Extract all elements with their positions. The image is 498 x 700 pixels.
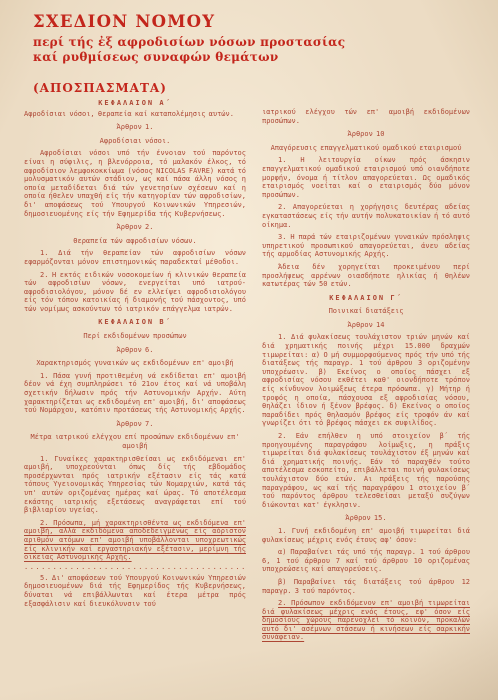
section-heading: Αφροδίσιαι νόσοι. xyxy=(24,137,246,146)
paragraph: 1. Διά φυλακίσεως τουλάχιστον τριών μηνώ… xyxy=(262,333,470,428)
paragraph: 1. Η λειτουργία οίκων πρός άσκησιν επαγγ… xyxy=(262,156,470,199)
paragraph: α) Παραβαίνει τάς υπό τής παραγρ. 1 τού … xyxy=(262,548,470,574)
column-right: ιατρικού ελέγχου τών επ' αμοιβή εκδιδομέ… xyxy=(262,108,470,642)
section-heading: Άρθρον 1. xyxy=(24,123,246,132)
underlined-paragraph: 2. Πρόσωπον εκδιδόμενον επ' αμοιβή τιμωρ… xyxy=(262,599,470,642)
document-page: ΣΧΕΔΙΟΝ ΝΟΜΟΥ περί τής ἐξ αφροδισίων νόσ… xyxy=(0,0,498,700)
section-heading: Άρθρον 14 xyxy=(262,321,470,330)
chapter-heading: ΚΕΦΑΛΑΙΟΝ Β΄ xyxy=(24,318,246,327)
dotted-separator: ........................................… xyxy=(24,564,246,570)
paragraph: ιατρικού ελέγχου τών επ' αμοιβή εκδιδομέ… xyxy=(262,108,470,125)
doc-subtitle-line1: περί τής ἐξ αφροδισίων νόσων προστασίας xyxy=(33,35,453,50)
header: ΣΧΕΔΙΟΝ ΝΟΜΟΥ περί τής ἐξ αφροδισίων νόσ… xyxy=(33,12,453,95)
underlined-paragraph: 2. Πρόσωπα, μή χαρακτηρισθέντα ως εκδιδό… xyxy=(24,519,246,562)
paragraph: Άδεια δέν χορηγείται προκειμένου περί πρ… xyxy=(262,263,470,289)
section-heading: Άρθρον 2. xyxy=(24,223,246,232)
section-heading: Χαρακτηρισμός γυναικών ως εκδιδομένων επ… xyxy=(24,359,246,368)
section-heading: Ποινικαί διατάξεις xyxy=(262,307,470,316)
doc-subtitle-line2: καί ρυθμίσεως συναφών θεμάτων xyxy=(33,50,453,65)
chapter-heading: ΚΕΦΑΛΑΙΟΝ Α΄ xyxy=(24,99,246,108)
doc-title: ΣΧΕΔΙΟΝ ΝΟΜΟΥ xyxy=(33,12,453,32)
paragraph: Αφροδίσιαι νόσοι υπό τήν έννοιαν τού παρ… xyxy=(24,149,246,218)
section-heading: Άρθρον 10 xyxy=(262,130,470,139)
paragraph: 1. Γυναίκες χαρακτηρισθείσαι ως εκδιδόμε… xyxy=(24,455,246,515)
section-heading: Άρθρον 6. xyxy=(24,346,246,355)
column-left: ΚΕΦΑΛΑΙΟΝ Α΄Αφροδίσιαι νόσοι, θεραπεία κ… xyxy=(24,94,246,608)
paragraph: 3. Η παρά τών εταιριζομένων γυναικών πρό… xyxy=(262,233,470,259)
section-heading: Άρθρον 15. xyxy=(262,514,470,523)
paragraph: β) Παραβαίνει τάς διατάξεις τού άρθρου 1… xyxy=(262,578,470,595)
chapter-heading: ΚΕΦΑΛΑΙΟΝ Γ΄ xyxy=(262,294,470,303)
paragraph: 2. Η εκτός ειδικών νοσοκομείων ή κλινικώ… xyxy=(24,271,246,314)
section-heading: Απαγόρευσις επαγγελματικού ομαδικού εται… xyxy=(262,144,470,153)
paragraph: 1. Διά τήν θεραπείαν τών αφροδισίων νόσω… xyxy=(24,249,246,266)
paragraph: 1. Γυνή εκδιδομένη επ' αμοιβή τιμωρείται… xyxy=(262,527,470,544)
paragraph: Αφροδίσιαι νόσοι, θεραπεία καί καταπολέμ… xyxy=(24,110,246,119)
paragraph: 5. Δι' αποφάσεων τού Υπουργού Κοινωνικών… xyxy=(24,574,246,608)
paragraph: 2. Απαγορεύεται η χορήγησις δευτέρας αδε… xyxy=(262,203,470,229)
section-heading: Περί εκδιδομένων προσώπων xyxy=(24,332,246,341)
section-heading: Άρθρον 7. xyxy=(24,420,246,429)
paragraph: 2. Εάν επήλθεν η υπό στοιχείον β΄ τής πρ… xyxy=(262,432,470,509)
section-heading: Θεραπεία τών αφροδισίων νόσων. xyxy=(24,237,246,246)
doc-subtitle: περί τής ἐξ αφροδισίων νόσων προστασίας … xyxy=(33,35,453,64)
paragraph: 1. Πάσα γυνή προτιθεμένη νά εκδίδεται επ… xyxy=(24,372,246,415)
fragments-label: (ΑΠΟΣΠΑΣΜΑΤΑ) xyxy=(33,81,453,95)
section-heading: Μέτρα ιατρικού ελέγχου επί προσώπων εκδι… xyxy=(24,433,246,450)
